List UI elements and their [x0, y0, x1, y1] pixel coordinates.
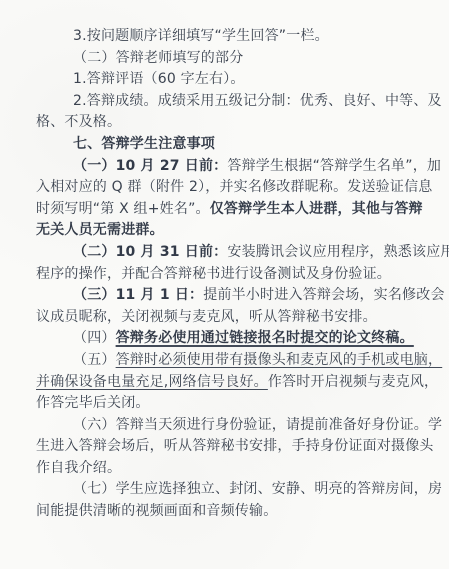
text-segment: （三）11 月 1 日： — [73, 287, 203, 303]
text-line: 2.答辩成绩。成绩采用五级记分制：优秀、良好、中等、及 — [36, 91, 440, 113]
text-segment: 安装腾讯会议应用程序，熟悉该应用 — [227, 244, 449, 260]
document-page: 3.按问题顺序详细填写“学生回答”一栏。（二）答辩老师填写的部分1.答辩评语（6… — [0, 0, 449, 569]
text-line: 格、不及格。 — [36, 112, 440, 134]
text-segment: 答辩学生根据“答辩学生名单”，加 — [227, 158, 441, 174]
text-segment: 格、不及格。 — [36, 114, 121, 130]
text-line: （六）答辩当天须进行身份验证，请提前准备好身份证。学 — [36, 415, 440, 437]
text-segment: 间能提供清晰的视频画面和音频传输。 — [36, 503, 277, 519]
text-line: 生进入答辩会场后，听从答辩秘书安排，手持身份证面对摄像头 — [36, 436, 440, 458]
text-line: （四）答辩务必使用通过链接报名时提交的论文终稿。 — [36, 328, 440, 350]
text-segment: 程序的操作，并配合答辩秘书进行设备测试及身份验证。 — [36, 266, 391, 282]
text-line: （五）答辩时必须使用带有摄像头和麦克风的手机或电脑， — [36, 350, 440, 372]
text-line: 七、答辩学生注意事项 — [36, 134, 440, 156]
text-segment: 议成员昵称，关闭视频与麦克风，听从答辩秘书安排。 — [36, 309, 377, 325]
text-line: （一）10 月 27 日前：答辩学生根据“答辩学生名单”，加 — [36, 156, 440, 178]
text-segment: （二）答辩老师填写的部分 — [73, 50, 243, 66]
text-segment: 答辩时必须使用带有摄像头和麦克风的手机或电脑， — [116, 352, 443, 368]
text-segment: 仅答辩学生本人进群，其他与答辩 — [210, 201, 423, 217]
text-segment: 答辩务必使用通过链接报名时提交的论文终稿。 — [116, 330, 414, 346]
text-segment: 作自我介绍。 — [36, 460, 121, 476]
text-segment: 七、答辩学生注意事项 — [73, 136, 215, 152]
text-segment: （一）10 月 27 日前： — [73, 158, 227, 174]
text-segment: 无关人员无需进群。 — [36, 222, 164, 238]
text-segment: 生进入答辩会场后，听从答辩秘书安排，手持身份证面对摄像头 — [36, 438, 434, 454]
text-segment: 3.按问题顺序详细填写“学生回答”一栏。 — [73, 28, 329, 44]
text-line: 时须写明“第 X 组+姓名”。仅答辩学生本人进群，其他与答辩 — [36, 199, 440, 221]
document-text: 3.按问题顺序详细填写“学生回答”一栏。（二）答辩老师填写的部分1.答辩评语（6… — [36, 26, 440, 523]
text-segment: （二）10 月 31 日前： — [73, 244, 227, 260]
text-line: （三）11 月 1 日：提前半小时进入答辩会场，实名修改会 — [36, 285, 440, 307]
text-segment: 时须写明“第 X 组+姓名”。 — [36, 201, 210, 217]
text-line: 程序的操作，并配合答辩秘书进行设备测试及身份验证。 — [36, 264, 440, 286]
text-line: 3.按问题顺序详细填写“学生回答”一栏。 — [36, 26, 440, 48]
text-line: 入相对应的 Q 群（附件 2），并实名修改群昵称。发送验证信息 — [36, 177, 440, 199]
text-segment: （五） — [73, 352, 116, 368]
text-segment: （六）答辩当天须进行身份验证，请提前准备好身份证。学 — [73, 417, 442, 433]
text-segment: 2.答辩成绩。成绩采用五级记分制：优秀、良好、中等、及 — [73, 93, 442, 109]
text-line: 间能提供清晰的视频画面和音频传输。 — [36, 501, 440, 523]
text-segment: 1.答辩评语（60 字左右）。 — [73, 71, 245, 87]
text-segment: （七）学生应选择独立、封闭、安静、明亮的答辩房间，房 — [73, 481, 442, 497]
text-segment: （四） — [73, 330, 116, 346]
text-line: （二）答辩老师填写的部分 — [36, 48, 440, 70]
text-segment: 作答时开启视频与麦克风， — [268, 374, 438, 390]
text-line: 议成员昵称，关闭视频与麦克风，听从答辩秘书安排。 — [36, 307, 440, 329]
text-line: 作答完毕后关闭。 — [36, 393, 440, 415]
text-line: 并确保设备电量充足,网络信号良好。作答时开启视频与麦克风， — [36, 372, 440, 394]
text-segment: 入相对应的 Q 群（附件 2），并实名修改群昵称。发送验证信息 — [36, 179, 432, 195]
text-segment: 作答完毕后关闭。 — [36, 395, 150, 411]
text-segment: 并确保设备电量充足,网络信号良好。 — [36, 374, 268, 390]
text-line: 无关人员无需进群。 — [36, 220, 440, 242]
text-line: （二）10 月 31 日前：安装腾讯会议应用程序，熟悉该应用 — [36, 242, 440, 264]
text-line: 作自我介绍。 — [36, 458, 440, 480]
text-line: 1.答辩评语（60 字左右）。 — [36, 69, 440, 91]
text-segment: 提前半小时进入答辩会场，实名修改会 — [203, 287, 444, 303]
text-line: （七）学生应选择独立、封闭、安静、明亮的答辩房间，房 — [36, 479, 440, 501]
